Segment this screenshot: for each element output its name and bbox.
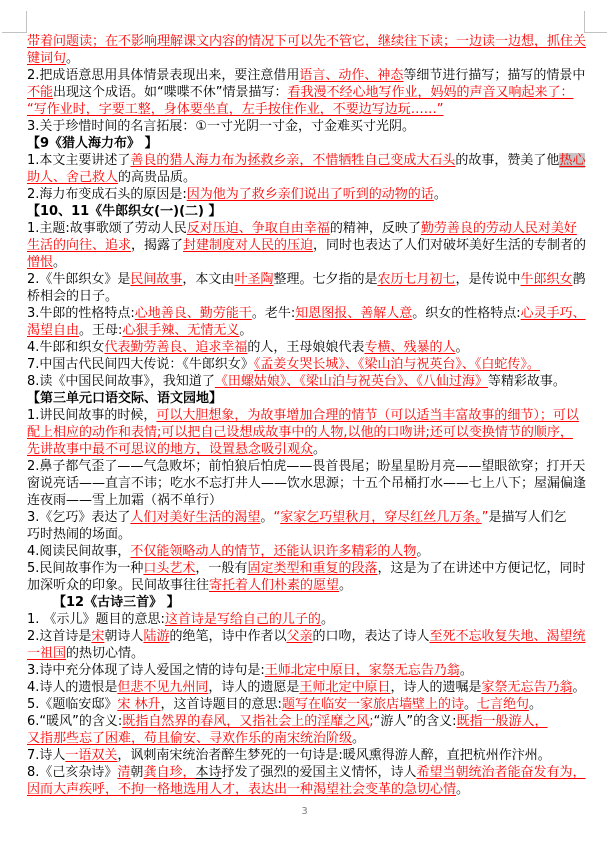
text-line: 连夜雨——雪上加霜（祸不单行） <box>27 492 585 509</box>
emphasis-text: 《孟姜女哭长城》、《梁山泊与祝英台》、《白蛇传》。 <box>254 357 540 372</box>
section-heading: 【12《古诗三首》 】 <box>27 594 585 611</box>
emphasis-text: 希望当朝统治者能奋发有为， <box>416 765 585 780</box>
text-run: 朝 <box>130 765 143 780</box>
text-run: 3.诗中充分体现了诗人爱国之情的诗句是: <box>27 663 265 678</box>
emphasis-text: 宋 <box>91 629 104 644</box>
emphasis-text: 王师北定中原日 <box>299 680 390 695</box>
text-run: 5.民间故事作为一种 <box>27 561 143 576</box>
emphasis-text: 一语双关 <box>65 748 117 763</box>
text-run: 。 <box>572 680 585 695</box>
text-run: 6.“暖风”的含义: <box>27 714 122 729</box>
text-run: 的精神，反映了 <box>330 221 421 236</box>
text-run: 的热切心情。 <box>66 646 144 661</box>
emphasis-text: 助人、舍己救人 <box>27 170 118 185</box>
text-run: 。 <box>460 663 473 678</box>
text-line: 2.海力布变成石头的原因是:因为他为了救乡亲们说出了听到的动物的话。 <box>27 186 585 203</box>
document-body: 带着问题读；在不影响理解课文内容的情况下可以先不管它，继续往下读；一边读一边想，… <box>27 33 585 798</box>
text-run: 的故事，赞美了他 <box>455 153 559 168</box>
text-line: “写作业时，字要工整，身体要坐直，左手按住作业，不要边写边玩……” <box>27 101 585 118</box>
text-run: 。 <box>313 442 326 457</box>
text-line: 4.诗人的遗恨是但悲不见九州同，诗人的遗愿是王师北定中原日，诗人的遗嘱是家祭无忘… <box>27 679 585 696</box>
text-run: 加深听众的印象。民间故事往往 <box>27 578 209 593</box>
text-run: 1.本文主要讲述了 <box>27 153 130 168</box>
emphasis-text: 龚自珍， <box>143 765 195 780</box>
text-line: 6.“暖风”的含义:既指自然界的春风，又指社会上的淫靡之风;“游人”的含义:既指… <box>27 713 585 730</box>
text-run: ，诗人的遗愿是 <box>208 680 299 695</box>
text-line: 2.这首诗是宋朝诗人陆游的绝笔，诗中作者以父亲的口吻，表达了诗人至死不忘收复失地… <box>27 628 585 645</box>
text-line: 5.民间故事作为一种口头艺术，一般有固定类型和重复的段落，这是为了在讲述中方便记… <box>27 560 585 577</box>
emphasis-text: 不仅能领略动人的情节，还能认识许多精彩的人物 <box>130 544 416 559</box>
emphasis-text: 知恩图报、善解人意 <box>295 306 412 321</box>
text-run: 桥相会的日子。 <box>27 289 118 304</box>
text-line: 1.本文主要讲述了善良的猎人海力布为拯救乡亲，不惜牺牲自己变成大石头的故事，赞美… <box>27 152 585 169</box>
text-run: 。 <box>456 782 469 797</box>
emphasis-text: 宋 林升 <box>117 697 160 712</box>
text-line: 巧时热闹的场面。 <box>27 526 585 543</box>
emphasis-text: 心灵手巧、 <box>521 306 586 321</box>
text-run: 1. 《示儿》题目的意思: <box>27 612 165 627</box>
text-run: ，这首诗题目的意思: <box>161 697 282 712</box>
emphasis-text: 因而大声疾呼，不拘一格地选用人才，表达出一种渴望社会变革的急切心情 <box>27 782 456 797</box>
text-run: 连夜雨——雪上加霜（祸不单行） <box>27 493 222 508</box>
emphasis-text: 看我漫不经心地写作业，妈妈的声音又响起来了： <box>288 85 574 100</box>
emphasis-text: 这首诗是写给自己的儿子的 <box>165 612 321 627</box>
emphasis-text: “写作业时，字要工整，身体要坐直，左手按住作业，不要边写边玩……” <box>27 102 443 117</box>
text-run: 1.讲民间故事的时候， <box>27 408 156 423</box>
text-line: 2.《牛郎织女》是民间故事，本文由叶圣陶整理。七夕指的是农历七月初七，是传说中牛… <box>27 271 585 288</box>
text-line: 7.中国古代民间四大传说：《牛郎织女》《孟姜女哭长城》、《梁山泊与祝英台》、《白… <box>27 356 585 373</box>
text-run: ，是传说中 <box>455 272 520 287</box>
text-run: ，这是为了在讲述中方便记忆，同时 <box>377 561 585 576</box>
text-line: 带着问题读；在不影响理解课文内容的情况下可以先不管它，继续往下读；一边读一边想，… <box>27 33 585 50</box>
text-line: 1.讲民间故事的时候，可以大胆想象，为故事增加合理的情节（可以适当丰富故事的细节… <box>27 407 585 424</box>
text-line: 桥相会的日子。 <box>27 288 585 305</box>
section-heading: 【9《猎人海力布》 】 <box>27 135 585 152</box>
emphasis-text: 既指自然界的春风，又指社会上的淫靡之风 <box>122 714 369 729</box>
text-run: 的绝笔，诗中作者以 <box>169 629 286 644</box>
text-run: 。 <box>455 340 468 355</box>
text-run: 2.海力布变成石头的原因是: <box>27 187 187 202</box>
emphasis-text: 题写在临安一家旅店墙壁上的诗 <box>282 697 464 712</box>
text-line: 4.阅读民间故事，不仅能领略动人的情节，还能认识许多精彩的人物。 <box>27 543 585 560</box>
emphasis-text: 民间故事 <box>130 272 182 287</box>
section-heading: 【10、11《牛郎织女(一)(二) 】 <box>27 203 585 220</box>
text-line: 加深听众的印象。民间故事往往寄托着人们朴素的愿望。 <box>27 577 585 594</box>
text-run: 。 <box>239 323 252 338</box>
emphasis-text: 心地善良、勤劳能干 <box>135 306 252 321</box>
text-line: 2.把成语意思用具体情景表现出来，要注意借用语言、动作、神态等细节进行描写；描写… <box>27 67 585 84</box>
text-line: 渴望自由。王母:心狠手辣、无情无义。 <box>27 322 585 339</box>
text-run: 8.读《中国民间故事》，我知道了 <box>27 374 215 389</box>
text-run: 2.把成语意思用具体情景表现出来，要注意借用 <box>27 68 299 83</box>
text-run: 4.阅读民间故事， <box>27 544 130 559</box>
emphasis-text: 既指一般游人， <box>457 714 548 729</box>
emphasis-text: 配上相应的动作和表情;可以把自己设想成故事中的人物,以他的口吻讲;还可以变换情节… <box>27 425 573 440</box>
heading-text: 【9《猎人海力布》 】 <box>27 136 158 151</box>
text-run: ，讽刺南宋统治者醉生梦死的一句诗是:暖风熏得游人醉，直把杭州作汴州。 <box>117 748 550 763</box>
text-run: 。 <box>352 731 365 746</box>
heading-text: 【第三单元口语交际、语文园地】 <box>27 391 222 406</box>
text-run: 2.《牛郎织女》是 <box>27 272 130 287</box>
text-run: 。 <box>529 697 542 712</box>
emphasis-text: 牛郎织女 <box>521 272 573 287</box>
emphasis-text: 七言绝句 <box>477 697 529 712</box>
text-line: 配上相应的动作和表情;可以把自己设想成故事中的人物,以他的口吻讲;还可以变换情节… <box>27 424 585 441</box>
text-run: 鹊 <box>573 272 586 287</box>
text-run: 3.关于珍惜时间的名言拓展：①一寸光阴一寸金，寸金难买寸光阴。 <box>27 119 415 134</box>
heading-text: 【10、11《牛郎织女(一)(二) 】 <box>27 204 221 219</box>
text-run: 7.中国古代民间四大传说：《牛郎织女》 <box>27 357 254 372</box>
text-run: 等精彩故事。 <box>488 374 566 389</box>
emphasis-text: 渴望自由 <box>27 323 79 338</box>
text-run: 。织女的性格特点: <box>412 306 520 321</box>
emphasis-text: 王师北定中原日，家祭无忘告乃翁 <box>265 663 460 678</box>
text-line: 3.《乞巧》表达了人们对美好生活的渴望。“家家乞巧望秋月，穿尽红丝几万条。”是描… <box>27 509 585 526</box>
text-run: 朝诗人 <box>104 629 143 644</box>
text-run: 整理。七夕指的是 <box>273 272 377 287</box>
emphasis-text: 先讲故事中最不可思议的地方，设置悬念吸引观众 <box>27 442 313 457</box>
text-run: 等细节进行描写；描写的情景中 <box>403 68 585 83</box>
text-run: 。 <box>464 697 477 712</box>
text-run: ，诗人的遗嘱是 <box>390 680 481 695</box>
text-line: 生活的向往、追求，揭露了封建制度对人民的压迫，同时也表达了人们对破坏美好生活的专… <box>27 237 585 254</box>
text-boundary-mark-top-left <box>2 11 27 33</box>
emphasis-text: 口头艺术 <box>143 561 195 576</box>
text-run: 的人，王母娘娘代表 <box>247 340 364 355</box>
text-run: 2.鼻子都气歪了——气急败坏；前怕狼后怕虎——畏首畏尾；盼星星盼月亮——望眼欲穿… <box>27 459 585 474</box>
text-run: ，本文由 <box>182 272 234 287</box>
text-run: 的口吻，表达了诗人 <box>312 629 429 644</box>
emphasis-text: 清 <box>117 765 130 780</box>
emphasis-text: 善良的猎人海力布为拯救乡亲，不惜牺牲自己变成大石头 <box>130 153 455 168</box>
emphasis-text: 陆游 <box>143 629 169 644</box>
text-line: 2.鼻子都气歪了——气急败坏；前怕狼后怕虎——畏首畏尾；盼星星盼月亮——望眼欲穿… <box>27 458 585 475</box>
emphasis-text: 勤劳善良的劳动人民对美好 <box>421 221 577 236</box>
text-run: 巧时热闹的场面。 <box>27 527 131 542</box>
text-line: 一祖国的热切心情。 <box>27 645 585 662</box>
emphasis-text: 因为他为了救乡亲们说出了听到的动物的话 <box>187 187 434 202</box>
text-line: 1. 《示儿》题目的意思:这首诗是写给自己的儿子的。 <box>27 611 585 628</box>
text-run: 。 <box>66 51 79 66</box>
emphasis-text: 专横、残暴的人 <box>364 340 455 355</box>
text-run: 。老牛: <box>252 306 295 321</box>
text-line: 键词句。 <box>27 50 585 67</box>
text-run: 4.牛郎和织女 <box>27 340 104 355</box>
text-line: 因而大声疾呼，不拘一格地选用人才，表达出一种渴望社会变革的急切心情。 <box>27 781 585 798</box>
text-run: 7.诗人 <box>27 748 65 763</box>
text-run: 。 <box>434 187 447 202</box>
text-line: 憎恨。 <box>27 254 585 271</box>
text-run: 的高贵品质。 <box>118 170 196 185</box>
text-run: 窗说亮话——直言不讳；吃水不忘打井人——饮水思源；十五个吊桶打水——七上八下；屋… <box>27 476 586 491</box>
text-run: 2.这首诗是 <box>27 629 91 644</box>
highlighted-emphasis-text: 热心 <box>559 153 585 168</box>
emphasis-text: 反对压迫、争取自由幸福 <box>187 221 330 236</box>
text-run: 抒发了强烈的爱国主义情怀，诗人 <box>221 765 416 780</box>
heading-text: 【12《古诗三首》 】 <box>53 595 180 610</box>
emphasis-text: 可以大胆想象，为故事增加合理的情节（可以适当丰富故事的细节）；可以 <box>156 408 579 423</box>
text-run: ，同时也表达了人们对破坏美好生活的专制者的 <box>313 238 586 253</box>
text-run: 。王母: <box>79 323 122 338</box>
emphasis-text: 又指那些忘了困难，苟且偷安、寻欢作乐的南宋统治阶级 <box>27 731 352 746</box>
page-number: 3 <box>0 806 609 817</box>
emphasis-text: 封建制度对人民的压迫 <box>183 238 313 253</box>
text-run: 5.《题临安邸》 <box>27 697 117 712</box>
emphasis-text: 至死不忘收复失地、渴望统 <box>430 629 586 644</box>
emphasis-text: 家家乞巧望秋月，穿尽红丝几万条。 <box>280 510 482 525</box>
emphasis-text: 但悲不见九州同 <box>117 680 208 695</box>
emphasis-text: 不能 <box>27 85 53 100</box>
text-line: 助人、舍己救人的高贵品质。 <box>27 169 585 186</box>
emphasis-text: 语言、动作、神态 <box>299 68 403 83</box>
text-line: 3.牛郎的性格特点:心地善良、勤劳能干。老牛:知恩图报、善解人意。织女的性格特点… <box>27 305 585 322</box>
text-run: 3.牛郎的性格特点: <box>27 306 135 321</box>
text-line: 8.读《中国民间故事》，我知道了《田螺姑娘》、《梁山泊与祝英台》、《八仙过海》等… <box>27 373 585 390</box>
emphasis-text: 生活的向往、追求 <box>27 238 131 253</box>
text-line: 8.《己亥杂诗》清朝龚自珍，本诗抒发了强烈的爱国主义情怀，诗人希望当朝统治者能奋… <box>27 764 585 781</box>
emphasis-text: 叶圣陶 <box>234 272 273 287</box>
text-line: 7.诗人一语双关，讽刺南宋统治者醉生梦死的一句诗是:暖风熏得游人醉，直把杭州作汴… <box>27 747 585 764</box>
emphasis-text: 《田螺姑娘》、《梁山泊与祝英台》、《八仙过海》 <box>215 374 488 389</box>
section-heading: 【第三单元口语交际、语文园地】 <box>27 390 585 407</box>
text-line: 3.诗中充分体现了诗人爱国之情的诗句是:王师北定中原日，家祭无忘告乃翁。 <box>27 662 585 679</box>
text-line: 5.《题临安邸》宋 林升，这首诗题目的意思:题写在临安一家旅店墙壁上的诗。七言绝… <box>27 696 585 713</box>
text-line: 1.主题:故事歌颂了劳动人民反对压迫、争取自由幸福的精神，反映了勤劳善良的劳动人… <box>27 220 585 237</box>
emphasis-text: 寄托着人们朴素的愿望 <box>209 578 339 593</box>
emphasis-text: 农历七月初七 <box>377 272 455 287</box>
emphasis-text: 代表勤劳善良、追求幸福 <box>104 340 247 355</box>
text-run: 。 <box>53 255 66 270</box>
text-run: 是描写人们乞 <box>488 510 566 525</box>
text-run: 1.主题:故事歌颂了劳动人民 <box>27 221 187 236</box>
text-run: 。 <box>339 578 352 593</box>
text-run: 。 <box>416 544 429 559</box>
emphasis-text: 人们对美好生活的渴望 <box>130 510 260 525</box>
text-run: ，揭露了 <box>131 238 183 253</box>
text-line: 先讲故事中最不可思议的地方，设置悬念吸引观众。 <box>27 441 585 458</box>
document-page: { "page": { "number": "3" }, "colors": {… <box>0 0 609 854</box>
text-run: 4.诗人的遗恨是 <box>27 680 117 695</box>
emphasis-text: 固定类型和重复的段落 <box>247 561 377 576</box>
text-run: 3.《乞巧》表达了 <box>27 510 130 525</box>
text-line: 4.牛郎和织女代表勤劳善良、追求幸福的人，王母娘娘代表专横、残暴的人。 <box>27 339 585 356</box>
text-run: 出现这个成语。如“喋喋不休”情景描写： <box>53 85 287 100</box>
emphasis-text: 父亲 <box>286 629 312 644</box>
emphasis-text: 带着问题读；在不影响理解课文内容的情况下可以先不管它，继续往下读；一边读一边想，… <box>27 34 586 49</box>
emphasis-text: 心狠手辣、无情无义 <box>122 323 239 338</box>
text-line: 窗说亮话——直言不讳；吃水不忘打井人——饮水思源；十五个吊桶打水——七上八下；屋… <box>27 475 585 492</box>
text-run: 。 <box>321 612 334 627</box>
text-line: 不能出现这个成语。如“喋喋不休”情景描写：看我漫不经心地写作业，妈妈的声音又响起… <box>27 84 585 101</box>
text-line: 3.关于珍惜时间的名言拓展：①一寸光阴一寸金，寸金难买寸光阴。 <box>27 118 585 135</box>
emphasis-text: 键词句 <box>27 51 66 66</box>
text-run: 8.《己亥杂诗》 <box>27 765 117 780</box>
emphasis-text: 憎恨 <box>27 255 53 270</box>
text-boundary-mark-top-right <box>584 11 607 33</box>
underlined-text: 本诗 <box>195 765 221 780</box>
text-line: 又指那些忘了困难，苟且偷安、寻欢作乐的南宋统治阶级。 <box>27 730 585 747</box>
text-run: 。 <box>260 510 273 525</box>
emphasis-text: 家祭无忘告乃翁 <box>481 680 572 695</box>
emphasis-text: 一祖国 <box>27 646 66 661</box>
text-run: ，一般有 <box>195 561 247 576</box>
text-run: “游人”的含义: <box>374 714 457 729</box>
